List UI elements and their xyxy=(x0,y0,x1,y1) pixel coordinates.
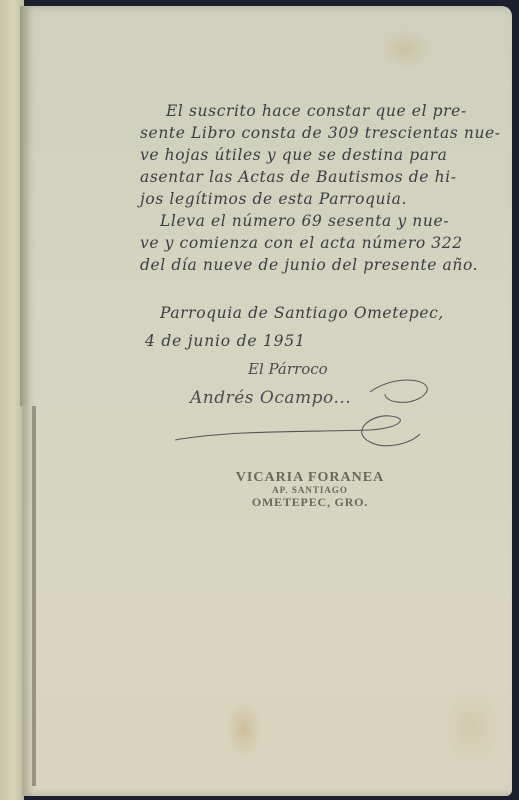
spine-shadow xyxy=(20,6,28,406)
place-line: Parroquia de Santiago Ometepec, xyxy=(160,304,444,322)
text-line: del día nueve de junio del presente año. xyxy=(140,254,490,276)
text-line: ve hojas útiles y que se destina para xyxy=(140,144,490,166)
text-line: El suscrito hace constar que el pre- xyxy=(150,100,490,122)
stamp-line-3: OMETEPEC, GRO. xyxy=(210,495,410,510)
text-line: ve y comienza con el acta número 322 xyxy=(140,232,490,254)
signature: Andrés Ocampo... xyxy=(190,388,351,408)
text-line: Lleva el número 69 sesenta y nue- xyxy=(150,210,490,232)
gutter-tear xyxy=(32,406,36,786)
stamp-line-1: VICARIA FORANEA xyxy=(210,470,410,486)
signature-flourish-icon xyxy=(170,372,440,452)
certification-text: El suscrito hace constar que el pre- sen… xyxy=(150,100,490,276)
vicaria-stamp: VICARIA FORANEA AP. SANTIAGO OMETEPEC, G… xyxy=(210,470,410,510)
text-line: jos legítimos de esta Parroquia. xyxy=(140,188,490,210)
text-line: asentar las Actas de Bautismos de hi- xyxy=(140,166,490,188)
stamp-line-2: AP. SANTIAGO xyxy=(210,485,410,495)
date-line: 4 de junio de 1951 xyxy=(145,332,306,350)
text-line: sente Libro consta de 309 trescientas nu… xyxy=(140,122,490,144)
